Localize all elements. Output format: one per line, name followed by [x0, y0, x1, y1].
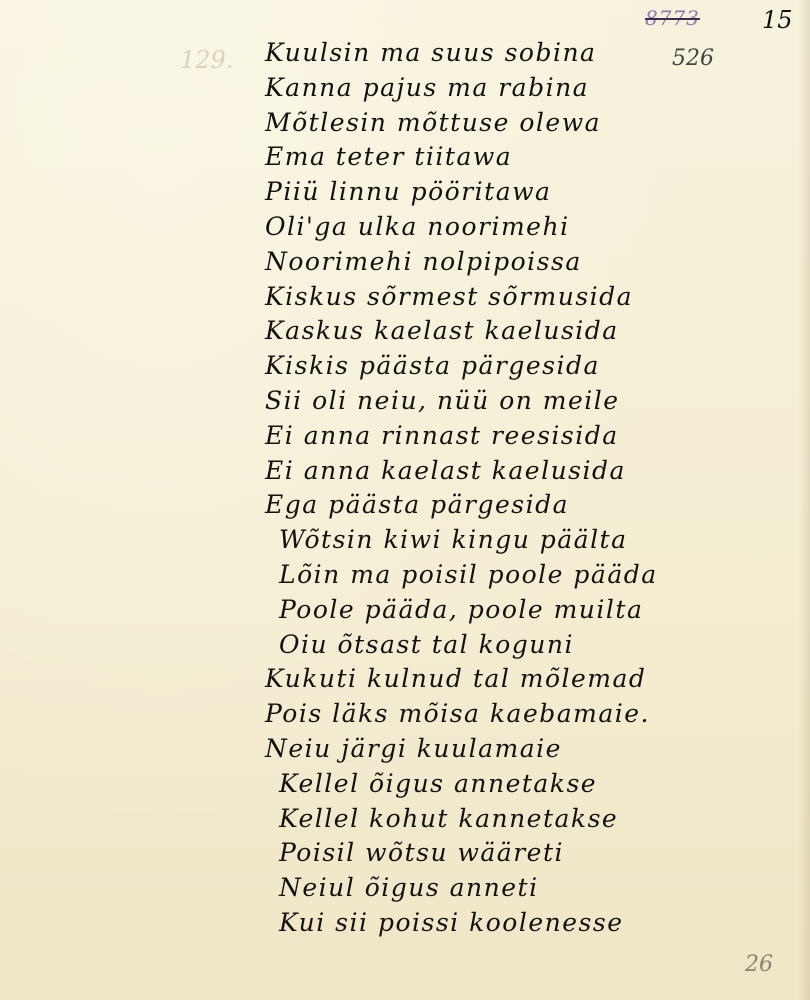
poem-line: Kui sii poissi koolenesse: [265, 906, 658, 941]
poem-text: Kuulsin ma suus sobina Kanna pajus ma ra…: [265, 36, 658, 941]
poem-line: Kellel kohut kannetakse: [265, 802, 658, 837]
poem-line: Ei anna kaelast kaelusida: [265, 454, 658, 489]
poem-line: Neiu järgi kuulamaie: [265, 732, 658, 767]
poem-line: Mõtlesin mõttuse olewa: [265, 106, 658, 141]
poem-line: Noorimehi nolpipoissa: [265, 245, 658, 280]
poem-line: Kellel õigus annetakse: [265, 767, 658, 802]
poem-line: Kukuti kulnud tal mõlemad: [265, 662, 658, 697]
poem-line: Ei anna rinnast reesisida: [265, 419, 658, 454]
manuscript-page: 129. 8773 15 526 Kuulsin ma suus sobina …: [0, 0, 810, 1000]
poem-line: Lõin ma poisil poole pääda: [265, 558, 658, 593]
faded-number: 129.: [180, 46, 233, 74]
poem-line: Pois läks mõisa kaebamaie.: [265, 697, 658, 732]
poem-line: Neiul õigus anneti: [265, 871, 658, 906]
poem-line: Oli'ga ulka noorimehi: [265, 210, 658, 245]
crossed-archive-number: 8773: [645, 6, 700, 30]
poem-line: Kaskus kaelast kaelusida: [265, 314, 658, 349]
poem-line: Piiü linnu pööritawa: [265, 175, 658, 210]
archive-number: 526: [672, 46, 714, 71]
poem-line: Poisil wõtsu wääreti: [265, 836, 658, 871]
poem-line: Kanna pajus ma rabina: [265, 71, 658, 106]
poem-line: Sii oli neiu, nüü on meile: [265, 384, 658, 419]
footer-pencil-number: 26: [745, 952, 773, 977]
poem-line: Oiu õtsast tal koguni: [265, 628, 658, 663]
poem-line: Kuulsin ma suus sobina: [265, 36, 658, 71]
poem-line: Poole pääda, poole muilta: [265, 593, 658, 628]
page-number: 15: [762, 6, 793, 34]
poem-line: Kiskis päästa pärgesida: [265, 349, 658, 384]
poem-line: Ema teter tiitawa: [265, 140, 658, 175]
poem-line: Kiskus sõrmest sõrmusida: [265, 280, 658, 315]
poem-line: Ega päästa pärgesida: [265, 488, 658, 523]
poem-line: Wõtsin kiwi kingu päälta: [265, 523, 658, 558]
